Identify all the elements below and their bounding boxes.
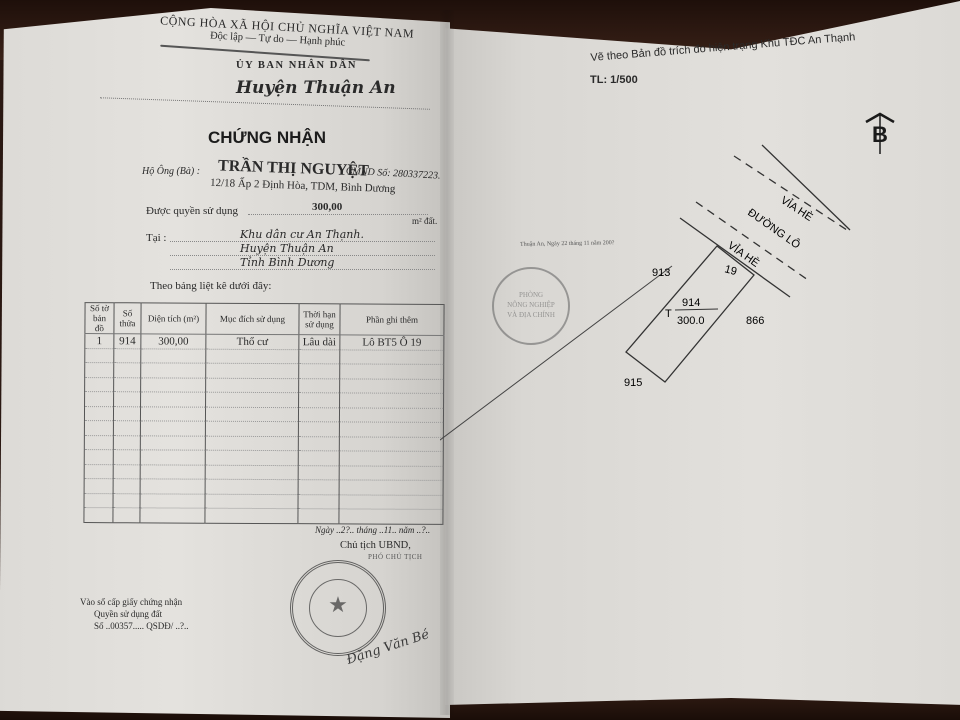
empty-cell (141, 363, 206, 378)
empty-cell (84, 508, 113, 523)
empty-cell (205, 494, 298, 509)
empty-cell (298, 465, 339, 480)
star-icon: ★ (310, 592, 366, 618)
col-purpose: Mục đích sử dụng (206, 303, 299, 334)
vice-chair-title: PHÓ CHỦ TỊCH (368, 553, 423, 561)
stamp-line-3: VÀ ĐỊA CHÍNH (494, 311, 568, 319)
empty-cell (299, 364, 340, 379)
empty-cell (339, 509, 443, 524)
issue-date: Ngày ..2?.. tháng ..11.. năm ..?.. (315, 525, 430, 535)
empty-cell (206, 363, 299, 378)
empty-cell (114, 363, 141, 378)
empty-cell (298, 451, 339, 466)
empty-cell (113, 464, 140, 479)
empty-cell (206, 349, 299, 364)
location-label: Tại : (146, 232, 166, 244)
empty-cell (340, 378, 444, 393)
lot-number: 19 (723, 263, 738, 278)
empty-cell (299, 349, 340, 364)
empty-cell (298, 494, 339, 509)
parcel-map: VỈA HÈ ĐƯỜNG LÔ VỈA HÈ 19 914 T 300.0 91… (440, 130, 920, 710)
area-value: 300,00 (312, 201, 342, 213)
cell-parcel-no: 914 (114, 334, 141, 349)
empty-cell (84, 479, 113, 494)
col-parcel-no: Số thửa (114, 303, 141, 334)
empty-cell (114, 392, 141, 407)
dotted-line (248, 214, 428, 215)
empty-cell (299, 393, 340, 408)
parcel-number: 914 (682, 297, 700, 309)
empty-cell (140, 421, 205, 436)
empty-cell (206, 378, 299, 393)
neighbor-915: 915 (624, 377, 642, 389)
stamp-line-2: NÔNG NGHIỆP (494, 301, 568, 309)
neighbor-866: 866 (746, 315, 764, 327)
empty-cell (114, 377, 141, 392)
empty-cell (205, 407, 298, 422)
stamp-line-1: PHÒNG (494, 291, 568, 299)
empty-cell (205, 436, 298, 451)
empty-cell (113, 493, 140, 508)
empty-cell (298, 480, 339, 495)
empty-cell (298, 436, 339, 451)
empty-cell (140, 464, 205, 479)
empty-cell (299, 378, 340, 393)
empty-cell (140, 479, 205, 494)
location-province: Tỉnh Bình Dương (240, 256, 334, 269)
empty-cell (339, 407, 443, 422)
fraction-line (675, 309, 718, 310)
registry-line-2: Quyền sử dụng đất (94, 609, 162, 619)
empty-cell (339, 465, 443, 480)
cell-area: 300,00 (141, 334, 206, 349)
empty-cell (140, 450, 205, 465)
parcel-type: T (665, 308, 672, 320)
cell-map-sheet: 1 (85, 334, 114, 349)
empty-cell (298, 509, 339, 524)
parcel-area: 300.0 (677, 315, 705, 327)
seal-emblem: ★ (309, 579, 367, 637)
empty-cell (205, 421, 298, 436)
dotted-line (170, 269, 435, 270)
empty-cell (141, 348, 206, 363)
empty-cell (340, 349, 444, 364)
empty-cell (85, 392, 114, 407)
table-header-row: Số tờ bản đồ Số thửa Diện tích (m²) Mục … (85, 303, 444, 336)
table-intro: Theo bảng liệt kê dưới đây: (150, 280, 271, 292)
district-name: Huyện Thuận An (236, 78, 396, 98)
empty-cell (298, 407, 339, 422)
empty-cell (84, 435, 113, 450)
empty-cell (140, 508, 205, 523)
empty-cell (205, 479, 298, 494)
cell-purpose: Thổ cư (206, 334, 299, 349)
empty-cell (113, 435, 140, 450)
empty-cell (113, 508, 140, 523)
empty-cell (339, 480, 443, 495)
empty-cell (85, 348, 114, 363)
col-notes: Phần ghi thêm (340, 304, 444, 336)
empty-cell (141, 392, 206, 407)
empty-cell (113, 479, 140, 494)
empty-cell (113, 421, 140, 436)
empty-cell (339, 436, 443, 451)
registry-line-3: Số ..00357..... QSDĐ/ ..?.. (94, 621, 189, 631)
certificate-title: CHỨNG NHẬN (208, 128, 326, 148)
registry-line-1: Vào sổ cấp giấy chứng nhận (80, 597, 182, 607)
empty-cell (206, 392, 299, 407)
empty-cell (340, 364, 444, 379)
empty-cell (141, 377, 206, 392)
empty-cell (84, 421, 113, 436)
empty-cell (205, 450, 298, 465)
empty-cell (85, 377, 114, 392)
empty-cell (140, 435, 205, 450)
empty-cell (113, 406, 140, 421)
sidewalk-top-label: VỈA HÈ (778, 194, 815, 224)
empty-cell (340, 393, 444, 408)
empty-cell (339, 451, 443, 466)
col-area: Diện tích (m²) (141, 303, 206, 334)
empty-cell (205, 465, 298, 480)
location-district: Huyện Thuận An (240, 242, 334, 255)
empty-cell (339, 422, 443, 437)
department-stamp: PHÒNG NÔNG NGHIỆP VÀ ĐỊA CHÍNH (492, 267, 570, 345)
empty-cell (84, 406, 113, 421)
holder-label: Hộ Ông (Bà) : (142, 166, 200, 177)
empty-cell (339, 494, 443, 509)
official-seal: ★ (290, 560, 386, 656)
empty-cell (205, 508, 298, 523)
table-row-empty (84, 508, 443, 524)
neighbor-913: 913 (652, 267, 670, 279)
empty-cell (84, 493, 113, 508)
land-parcel-table: Số tờ bản đồ Số thửa Diện tích (m²) Mục … (83, 302, 444, 524)
empty-cell (140, 493, 205, 508)
location-area: Khu dân cư An Thạnh. (240, 228, 364, 241)
committee-label: ỦY BAN NHÂN DÂN (236, 60, 357, 71)
empty-cell (298, 422, 339, 437)
col-map-sheet: Số tờ bản đồ (85, 303, 114, 334)
empty-cell (84, 464, 113, 479)
empty-cell (113, 450, 140, 465)
empty-cell (140, 406, 205, 421)
col-duration: Thời hạn sử dụng (299, 304, 340, 335)
chair-title: Chủ tịch UBND, (340, 540, 411, 551)
empty-cell (84, 450, 113, 465)
cell-duration: Lâu dài (299, 335, 340, 350)
map-scale: TL: 1/500 (590, 74, 638, 86)
area-unit: m² đất. (412, 216, 437, 226)
usage-right-label: Được quyền sử dụng (146, 205, 238, 217)
empty-cell (114, 348, 141, 363)
empty-cell (85, 363, 114, 378)
cell-notes: Lô BT5 Ô 19 (340, 335, 444, 350)
